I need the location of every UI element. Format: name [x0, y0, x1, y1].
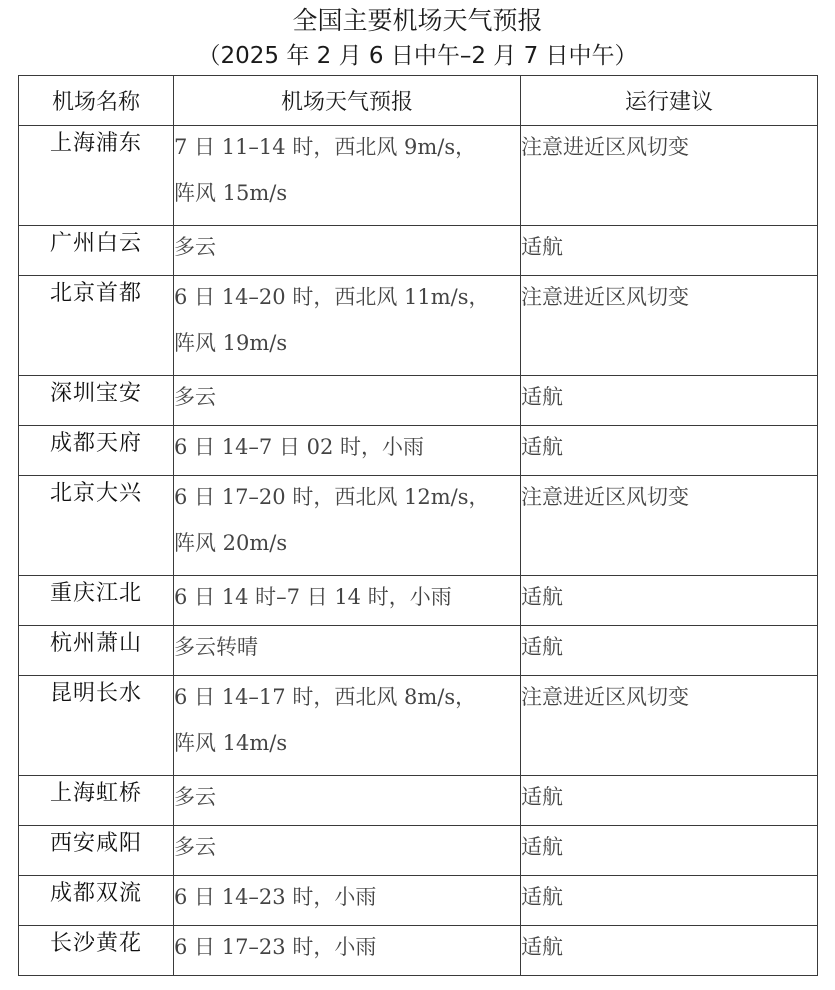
airport-name: 重庆江北	[19, 576, 174, 626]
airport-name: 上海浦东	[19, 126, 174, 226]
airport-name: 上海虹桥	[19, 776, 174, 826]
airport-name: 杭州萧山	[19, 626, 174, 676]
operation-advice: 适航	[521, 876, 818, 926]
operation-advice: 注意进近区风切变	[521, 476, 818, 576]
operation-advice: 适航	[521, 576, 818, 626]
forecast-line: 6 日 14 时–7 日 14 时，小雨	[174, 576, 520, 623]
table-row: 昆明长水 6 日 14–17 时，西北风 8m/s， 阵风 14m/s 注意进近…	[19, 676, 818, 776]
table-row: 杭州萧山 多云转晴 适航	[19, 626, 818, 676]
forecast-line: 多云	[174, 376, 520, 423]
advice-text: 注意进近区风切变	[521, 126, 817, 173]
forecast-line: 多云	[174, 826, 520, 873]
advice-text: 适航	[521, 776, 817, 823]
operation-advice: 适航	[521, 626, 818, 676]
forecast-line: 阵风 20m/s	[174, 518, 520, 568]
weather-forecast: 多云	[174, 826, 521, 876]
advice-text: 适航	[521, 626, 817, 673]
table-row: 上海虹桥 多云 适航	[19, 776, 818, 826]
table-row: 长沙黄花 6 日 17–23 时，小雨 适航	[19, 926, 818, 976]
column-header-operation-advice: 运行建议	[521, 76, 818, 126]
airport-name: 广州白云	[19, 226, 174, 276]
weather-forecast: 7 日 11–14 时，西北风 9m/s， 阵风 15m/s	[174, 126, 521, 226]
forecast-line: 7 日 11–14 时，西北风 9m/s，	[174, 126, 520, 173]
advice-text: 适航	[521, 226, 817, 273]
airport-forecast-table: 机场名称 机场天气预报 运行建议 上海浦东 7 日 11–14 时，西北风 9m…	[18, 75, 818, 976]
airport-name: 西安咸阳	[19, 826, 174, 876]
forecast-line: 6 日 14–20 时，西北风 11m/s，	[174, 276, 520, 323]
forecast-line: 阵风 19m/s	[174, 318, 520, 368]
weather-forecast: 6 日 17–20 时，西北风 12m/s， 阵风 20m/s	[174, 476, 521, 576]
weather-forecast: 多云	[174, 226, 521, 276]
weather-forecast: 6 日 14–20 时，西北风 11m/s， 阵风 19m/s	[174, 276, 521, 376]
forecast-line: 多云转晴	[174, 626, 520, 673]
airport-name: 成都双流	[19, 876, 174, 926]
operation-advice: 适航	[521, 776, 818, 826]
advice-text: 适航	[521, 576, 817, 623]
table-row: 深圳宝安 多云 适航	[19, 376, 818, 426]
column-header-airport-name: 机场名称	[19, 76, 174, 126]
airport-name: 昆明长水	[19, 676, 174, 776]
weather-forecast: 6 日 14–7 日 02 时，小雨	[174, 426, 521, 476]
weather-forecast: 多云转晴	[174, 626, 521, 676]
airport-name: 北京大兴	[19, 476, 174, 576]
weather-forecast: 6 日 14 时–7 日 14 时，小雨	[174, 576, 521, 626]
table-row: 北京大兴 6 日 17–20 时，西北风 12m/s， 阵风 20m/s 注意进…	[19, 476, 818, 576]
weather-forecast: 6 日 14–23 时，小雨	[174, 876, 521, 926]
document-subtitle-date-range: （2025 年 2 月 6 日中午–2 月 7 日中午）	[0, 40, 835, 72]
forecast-line: 阵风 14m/s	[174, 718, 520, 768]
forecast-line: 6 日 14–23 时，小雨	[174, 876, 520, 923]
document-title: 全国主要机场天气预报	[0, 4, 835, 38]
weather-forecast: 6 日 14–17 时，西北风 8m/s， 阵风 14m/s	[174, 676, 521, 776]
forecast-line: 6 日 17–23 时，小雨	[174, 926, 520, 973]
operation-advice: 注意进近区风切变	[521, 676, 818, 776]
table-row: 北京首都 6 日 14–20 时，西北风 11m/s， 阵风 19m/s 注意进…	[19, 276, 818, 376]
forecast-line: 多云	[174, 776, 520, 823]
table-row: 成都天府 6 日 14–7 日 02 时，小雨 适航	[19, 426, 818, 476]
airport-name: 深圳宝安	[19, 376, 174, 426]
table-header-row: 机场名称 机场天气预报 运行建议	[19, 76, 818, 126]
airport-name: 成都天府	[19, 426, 174, 476]
advice-text: 适航	[521, 426, 817, 473]
advice-text: 注意进近区风切变	[521, 676, 817, 723]
operation-advice: 适航	[521, 926, 818, 976]
advice-text: 适航	[521, 826, 817, 873]
table-row: 成都双流 6 日 14–23 时，小雨 适航	[19, 876, 818, 926]
advice-text: 适航	[521, 926, 817, 973]
advice-text: 注意进近区风切变	[521, 476, 817, 523]
table-row: 上海浦东 7 日 11–14 时，西北风 9m/s， 阵风 15m/s 注意进近…	[19, 126, 818, 226]
airport-name: 长沙黄花	[19, 926, 174, 976]
operation-advice: 适航	[521, 226, 818, 276]
table-row: 西安咸阳 多云 适航	[19, 826, 818, 876]
weather-forecast: 6 日 17–23 时，小雨	[174, 926, 521, 976]
operation-advice: 适航	[521, 426, 818, 476]
table-row: 广州白云 多云 适航	[19, 226, 818, 276]
weather-forecast: 多云	[174, 376, 521, 426]
forecast-line: 6 日 14–17 时，西北风 8m/s，	[174, 676, 520, 723]
advice-text: 注意进近区风切变	[521, 276, 817, 323]
column-header-weather-forecast: 机场天气预报	[174, 76, 521, 126]
table-row: 重庆江北 6 日 14 时–7 日 14 时，小雨 适航	[19, 576, 818, 626]
operation-advice: 注意进近区风切变	[521, 276, 818, 376]
forecast-line: 阵风 15m/s	[174, 168, 520, 218]
forecast-line: 6 日 14–7 日 02 时，小雨	[174, 426, 520, 473]
forecast-line: 多云	[174, 226, 520, 273]
operation-advice: 注意进近区风切变	[521, 126, 818, 226]
airport-name: 北京首都	[19, 276, 174, 376]
advice-text: 适航	[521, 876, 817, 923]
advice-text: 适航	[521, 376, 817, 423]
forecast-line: 6 日 17–20 时，西北风 12m/s，	[174, 476, 520, 523]
weather-forecast: 多云	[174, 776, 521, 826]
operation-advice: 适航	[521, 826, 818, 876]
operation-advice: 适航	[521, 376, 818, 426]
